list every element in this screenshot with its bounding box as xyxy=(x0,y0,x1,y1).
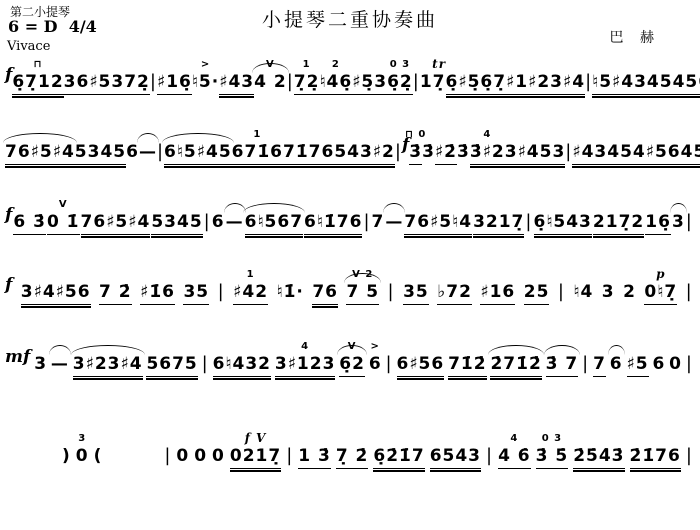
note-group: 76♯5♯4 xyxy=(81,213,151,235)
note-group: 6̣♮543 xyxy=(534,213,592,235)
note-group: 6̣7̣12⊓ xyxy=(12,73,63,95)
note-group: 72̣ xyxy=(124,73,150,95)
barline: | xyxy=(525,212,532,233)
note-group: 2 xyxy=(623,283,636,303)
note-group: 71̇76 xyxy=(283,143,334,165)
articulation-annotation: > xyxy=(201,60,210,70)
note-group: 6̣2̣0 3 xyxy=(387,73,413,95)
note-group: 4 2V xyxy=(254,73,287,93)
note-group: 6 xyxy=(652,355,665,375)
note-group: 36 xyxy=(64,73,90,95)
note-group: 3♯23♯4 xyxy=(73,355,143,377)
note-group: 76♯5♯4 xyxy=(5,143,75,165)
score-line-3: f6 3̇0 1̇V76♯5♯45345|6—6♮5676♮1̇76|7—76♯… xyxy=(5,212,693,235)
note-group: — xyxy=(226,213,244,233)
note-group: 3♯4♯56 xyxy=(21,283,91,305)
note-group: ♯421 xyxy=(233,283,268,305)
note-group: 5345 xyxy=(75,143,126,165)
articulation-annotation: 0 3 xyxy=(390,60,410,70)
note-group: 3♯1234 xyxy=(275,355,336,377)
barline: | xyxy=(286,446,293,467)
score-line-6: )03(|0000217̣f V|1 3̇7̣ 2̇6̣2̇1̇76543|4 … xyxy=(5,446,693,469)
note-group: 3̇ xyxy=(457,143,470,163)
note-group: 0 xyxy=(194,447,207,467)
barline: | xyxy=(386,354,393,375)
note-group: 3 xyxy=(672,213,685,233)
note-group: 6̣♯5̣6̣7̣ xyxy=(446,73,507,95)
note-group: 3 xyxy=(34,355,47,375)
articulation-annotation: 1 xyxy=(253,130,261,140)
page-title: 小提琴二重协奏曲 xyxy=(0,5,700,32)
note-group: 6♮432 xyxy=(213,355,271,377)
articulation-annotation: 4 xyxy=(483,130,491,140)
articulation-annotation: p xyxy=(656,268,665,280)
note-group: 76 xyxy=(312,283,338,305)
barline: | xyxy=(413,72,420,93)
note-group: 0 xyxy=(669,355,682,375)
note-group: 3217̣ xyxy=(473,213,524,235)
note-group: 5456 xyxy=(660,73,700,95)
note-group: ♮4 xyxy=(573,283,593,303)
composer-name: 巴 赫 xyxy=(610,27,660,47)
note-group: 6̣2̇1̇7 xyxy=(373,447,424,469)
barline: | xyxy=(585,72,592,93)
note-group: — xyxy=(51,355,69,375)
note-group: ♮5♯434 xyxy=(592,73,660,95)
dynamic-mark: mf xyxy=(5,348,30,368)
note-group: 671̇61 xyxy=(232,143,283,165)
note-group: ) xyxy=(62,447,71,467)
note-group: 3♯453 xyxy=(505,143,566,165)
barline: | xyxy=(388,282,395,303)
articulation-annotation: V 2 xyxy=(352,270,373,280)
note-group: ♮1̇· xyxy=(277,283,304,303)
note-group: 0217̣f V xyxy=(230,447,281,469)
articulation-annotation: 1 xyxy=(247,270,255,280)
note-group: 1 xyxy=(420,73,433,93)
note-group: 76♯5♮4 xyxy=(404,213,472,235)
barline: | xyxy=(287,72,294,93)
note-group: 6 3̇ xyxy=(13,213,46,235)
barline: | xyxy=(565,142,572,163)
articulation-annotation: 1 xyxy=(303,60,311,70)
sheet-music-page: 第二小提琴 6 = D 4/4 Vivace 小提琴二重协奏曲 巴 赫 f6̣7… xyxy=(0,0,700,530)
note-group: 5675 xyxy=(146,355,197,377)
articulation-annotation: f V xyxy=(245,432,267,444)
barline: | xyxy=(202,354,209,375)
score-line-1: f6̣7̣12⊓36♯5372̣|♯16̣♮5·>♯434 2V|7̣2̣1♮4… xyxy=(5,72,693,95)
note-group: 35 xyxy=(183,283,209,305)
note-group: 5345 xyxy=(151,213,202,235)
articulation-annotation: ⊓ 0 xyxy=(405,130,426,140)
note-group: ♯5̣3 xyxy=(352,73,387,95)
dynamic-mark: f xyxy=(5,206,12,226)
note-group: 0 1̇V xyxy=(47,213,80,235)
barline: | xyxy=(686,446,693,467)
note-group: ♯1♯23♯4 xyxy=(506,73,585,95)
note-group: 16̣ xyxy=(645,213,671,235)
note-group: 6♮1̇76 xyxy=(304,213,362,235)
articulation-annotation: tr xyxy=(432,58,446,70)
note-group: ♯4345 xyxy=(572,143,633,165)
note-group: 5456 xyxy=(693,143,700,165)
note-group: 3̇ xyxy=(422,143,435,163)
note-group: ( xyxy=(94,447,103,467)
note-group: 7̣tr xyxy=(433,73,446,93)
dynamic-mark: f xyxy=(5,66,12,86)
barline: | xyxy=(686,282,693,303)
articulation-annotation: 4 xyxy=(301,342,309,352)
note-group: 6♯56 xyxy=(397,355,445,377)
note-group: ♯43 xyxy=(219,73,254,95)
note-group: 543♯2 xyxy=(334,143,395,165)
note-group: 6♮567 xyxy=(245,213,303,235)
note-group: 2̇1̇76 xyxy=(630,447,681,469)
barline: | xyxy=(204,212,211,233)
note-group: 2̇5̇4̇3̇ xyxy=(573,447,624,469)
note-group: ♯5 xyxy=(627,355,649,377)
note-group: 6> xyxy=(369,355,382,375)
articulation-annotation: V xyxy=(59,200,68,210)
barline: | xyxy=(150,72,157,93)
barline: | xyxy=(686,354,693,375)
articulation-annotation: ⊓ xyxy=(34,60,43,70)
barline: | xyxy=(486,446,493,467)
barline: | xyxy=(582,354,589,375)
note-group: 217̣2 xyxy=(593,213,644,235)
note-group: 7̣ 2̇ xyxy=(336,447,369,469)
note-group: ♯1̇6 xyxy=(140,283,175,305)
note-group: 6 xyxy=(610,355,623,375)
articulation-annotation: V xyxy=(266,60,275,70)
tempo-marking: Vivace xyxy=(7,39,50,54)
note-group: — xyxy=(139,143,157,163)
note-group: 71̇2̇ xyxy=(448,355,487,377)
note-group: 0♮7̣p xyxy=(644,283,677,305)
note-group: 3 xyxy=(602,283,615,303)
note-group: 0 xyxy=(176,447,189,467)
barline: | xyxy=(558,282,565,303)
note-group: 6 xyxy=(212,213,225,233)
barline: | xyxy=(395,142,402,163)
note-group: 3̇ 7 xyxy=(546,355,579,377)
note-group: 7 xyxy=(593,355,606,377)
note-group: ♯16̣ xyxy=(157,73,192,95)
note-group: 7 5V 2 xyxy=(346,283,379,305)
dynamic-mark: f xyxy=(5,276,12,296)
note-group: ♮46̣2 xyxy=(319,73,352,95)
barline: | xyxy=(164,446,171,467)
note-group: 6♮5♯45 xyxy=(164,143,232,165)
note-group: ♯2̇ xyxy=(435,143,457,165)
barline: | xyxy=(363,212,370,233)
note-group: 2̇71̇2̇ xyxy=(490,355,541,377)
articulation-annotation: V xyxy=(348,342,357,352)
note-group: 4 6̇4 xyxy=(498,447,531,469)
note-group: 3̇ 5̇0 3 xyxy=(536,447,569,469)
note-group: 03 xyxy=(76,447,89,467)
note-group: ♭72 xyxy=(437,283,472,305)
note-group: ♮5·> xyxy=(192,73,219,93)
note-group: 6 xyxy=(126,143,139,163)
note-group: — xyxy=(385,213,403,233)
note-group: 25 xyxy=(524,283,550,305)
note-group: 3̇♯24 xyxy=(470,143,505,165)
note-group: ♯53 xyxy=(89,73,124,95)
score-line-5: mf3—3♯23♯45675|6♮4323♯12346̣2V6>|6♯5671̇… xyxy=(5,354,693,377)
barline: | xyxy=(157,142,164,163)
note-group: 0 xyxy=(212,447,225,467)
note-group: 1 3̇ xyxy=(298,447,331,469)
note-group: 4♯564 xyxy=(633,143,694,165)
note-group: 7 xyxy=(372,213,385,233)
note-group: 6543 xyxy=(430,447,481,469)
score-line-4: f3♯4♯567 2̇♯1̇635|♯421♮1̇·767 5V 2|35♭72… xyxy=(5,282,693,305)
note-group: 6̣2V xyxy=(339,355,365,377)
note-group: 35 xyxy=(403,283,429,305)
note-group: ♯16 xyxy=(480,283,515,305)
articulation-annotation: 4 xyxy=(510,434,518,444)
barline: | xyxy=(686,212,693,233)
note-group: 7̣2̣1 xyxy=(294,73,320,95)
barline: | xyxy=(218,282,225,303)
articulation-annotation: 2 xyxy=(332,60,340,70)
articulation-annotation: > xyxy=(371,342,380,352)
articulation-annotation: 3 xyxy=(78,434,86,444)
note-group: 7 2̇ xyxy=(99,283,132,305)
score-line-2: 76♯5♯453456—|6♮5♯45671̇6171̇76543♯2|f3̇⊓… xyxy=(5,142,693,165)
articulation-annotation: 0 3 xyxy=(542,434,562,444)
note-group: 3̇⊓ 0 xyxy=(409,143,422,165)
